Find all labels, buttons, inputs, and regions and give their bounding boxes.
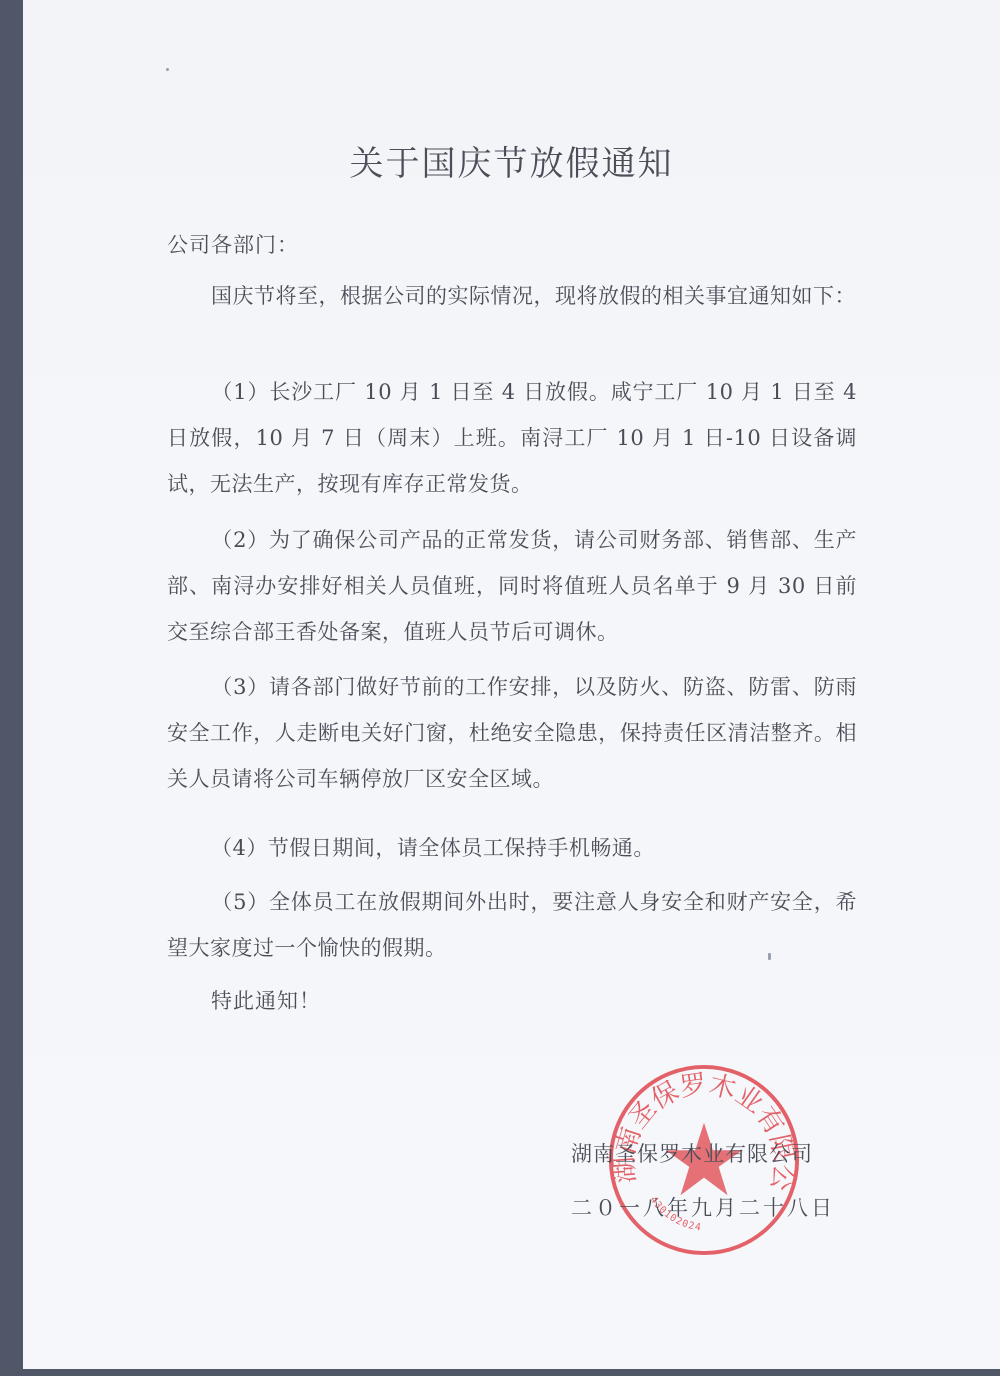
intro-text: 国庆节将至，根据公司的实际情况，现将放假的相关事宜通知如下： — [211, 284, 856, 308]
notice-item-4: （4）节假日期间，请全体员工保持手机畅通。 — [167, 825, 857, 871]
scan-bottom-border — [0, 1369, 1000, 1376]
scan-speck — [166, 68, 169, 71]
document-page: 关于国庆节放假通知 公司各部门： 国庆节将至，根据公司的实际情况，现将放假的相关… — [23, 0, 1000, 1369]
notice-item-3: （3）请各部门做好节前的工作安排，以及防火、防盗、防雷、防雨安全工作，人走断电关… — [167, 664, 857, 802]
salutation: 公司各部门： — [167, 229, 299, 259]
item-label: （3） — [211, 675, 269, 699]
item-text: 长沙工厂 10 月 1 日至 4 日放假。咸宁工厂 10 月 1 日至 4 日放… — [167, 380, 857, 496]
closing-remark: 特此通知！ — [211, 985, 321, 1015]
item-label: （4） — [211, 836, 268, 860]
item-text: 请各部门做好节前的工作安排，以及防火、防盗、防雷、防雨安全工作，人走断电关好门窗… — [167, 675, 857, 791]
notice-item-5: （5）全体员工在放假期间外出时，要注意人身安全和财产安全，希望大家度过一个愉快的… — [167, 879, 857, 971]
notice-item-1: （1）长沙工厂 10 月 1 日至 4 日放假。咸宁工厂 10 月 1 日至 4… — [167, 369, 857, 507]
signature-date: 二０一八年九月二十八日 — [571, 1192, 835, 1222]
item-text: 全体员工在放假期间外出时，要注意人身安全和财产安全，希望大家度过一个愉快的假期。 — [167, 890, 857, 960]
item-label: （1） — [211, 380, 269, 404]
item-text: 为了确保公司产品的正常发货，请公司财务部、销售部、生产部、南浔办安排好相关人员值… — [167, 528, 857, 644]
notice-item-2: （2）为了确保公司产品的正常发货，请公司财务部、销售部、生产部、南浔办安排好相关… — [167, 517, 857, 655]
intro-paragraph: 国庆节将至，根据公司的实际情况，现将放假的相关事宜通知如下： — [167, 273, 857, 319]
document-title: 关于国庆节放假通知 — [23, 136, 1000, 185]
item-label: （2） — [211, 528, 269, 552]
scan-left-border — [0, 0, 23, 1376]
item-text: 节假日期间，请全体员工保持手机畅通。 — [268, 836, 655, 860]
item-label: （5） — [211, 890, 269, 914]
signature-company: 湖南圣保罗木业有限公司 — [571, 1138, 813, 1168]
